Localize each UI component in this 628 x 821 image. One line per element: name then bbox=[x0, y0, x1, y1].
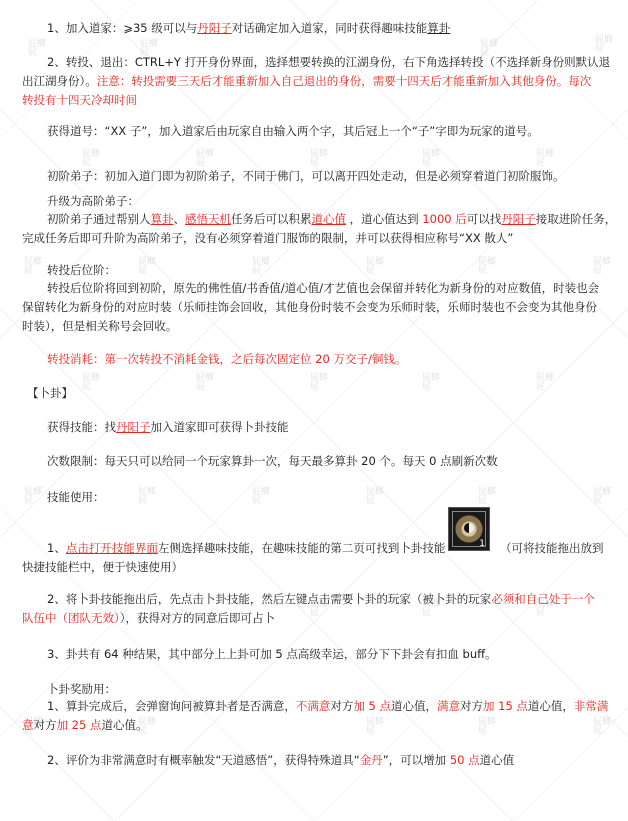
watermark: 屁榔屁 bbox=[536, 374, 558, 392]
chujie-line: 初阶弟子：初加入道门即为初阶弟子，不同于佛门，可以离开四处走动，但是必须穿着道门… bbox=[47, 169, 565, 183]
watermark: 屁榔屁 bbox=[593, 488, 615, 506]
usage-title: 技能使用： bbox=[47, 490, 105, 504]
usage-1-line: 1、点击打开技能界面左侧选择趣味技能，在趣味技能的第二页可找到卜卦技能 bbox=[47, 541, 445, 555]
watermark: 屁榔屁 bbox=[366, 718, 388, 736]
warning-text-2: 转投有十四天冷却时间 bbox=[22, 93, 137, 107]
watermark: 屁榔屁 bbox=[595, 36, 617, 54]
watermark: 屁榔屁 bbox=[478, 718, 500, 736]
transfer-rank-title: 转投后位阶： bbox=[47, 263, 116, 277]
reward-1-line-2: 意对方加 25 点道心值。 bbox=[22, 718, 147, 732]
watermark: 屁榔屁 bbox=[82, 374, 104, 392]
join-line: 1、加入道家：⩾35 级可以与丹阳子对话确定加入道家，同时获得趣味技能算卦 bbox=[47, 21, 450, 35]
watermark: 屁榔屁 bbox=[24, 258, 46, 276]
watermark: 屁榔屁 bbox=[366, 488, 388, 506]
watermark: 屁榔屁 bbox=[310, 374, 332, 392]
upgrade-line-1: 初阶弟子通过帮别人算卦、感悟天机任务后可以积累道心值 ，道心值达到 1000 后… bbox=[47, 212, 616, 226]
watermark: 屁榔屁 bbox=[478, 488, 500, 506]
watermark: 屁榔屁 bbox=[82, 150, 104, 168]
upgrade-line-2: 完成任务后即可升阶为高阶弟子，没有必须穿着道门服饰的限制，并可以获得相应称号“X… bbox=[22, 231, 513, 245]
watermark: 屁榔屁 bbox=[422, 374, 444, 392]
npc-link-danyangzi[interactable]: 丹阳子 bbox=[197, 21, 232, 35]
watermark: 屁榔屁 bbox=[366, 258, 388, 276]
limit-line: 次数限制：每天只可以给同一个玩家算卦一次，每天最多算卦 20 个。每天 0 点刷… bbox=[47, 454, 498, 468]
watermark: 屁榔屁 bbox=[593, 718, 615, 736]
reward-title: 卜卦奖励用： bbox=[47, 682, 116, 696]
transfer-rank-line-3: 时装），但是相关称号会回收。 bbox=[22, 319, 177, 333]
usage-2-line-2: 队伍中（团队无效）），获得对方的同意后即可占卜 bbox=[22, 611, 275, 625]
usage-2-line: 2、将卜卦技能拖出后，先点击卜卦技能，然后左键点击需要卜卦的玩家（被卜卦的玩家必… bbox=[47, 592, 595, 606]
yin-yang-icon bbox=[464, 523, 474, 533]
watermark: 屁榔屁 bbox=[536, 150, 558, 168]
warning-text: 注意：转投需要三天后才能重新加入自己退出的身份，需要十四天后才能重新加入其他身份… bbox=[97, 74, 592, 88]
watermark: 屁榔屁 bbox=[196, 374, 218, 392]
npc-link-danyangzi[interactable]: 丹阳子 bbox=[116, 420, 151, 434]
link-suangua[interactable]: 算卦 bbox=[151, 212, 174, 226]
usage-1-line-2: 快捷技能栏中，便于快速使用） bbox=[22, 560, 183, 574]
transfer-exit-line-2: 出江湖身份）。注意：转投需要三天后才能重新加入自己退出的身份，需要十四天后才能重… bbox=[22, 74, 591, 88]
transfer-cost-line: 转投消耗：第一次转投不消耗金钱，之后每次固定位 20 万交子/铜钱。 bbox=[47, 352, 406, 366]
watermark: 屁榔屁 bbox=[593, 258, 615, 276]
watermark: 屁榔屁 bbox=[252, 258, 274, 276]
open-skill-panel-link[interactable]: 点击打开技能界面 bbox=[66, 541, 158, 555]
usage-1-after-icon: （可将技能拖出放到 bbox=[500, 541, 604, 555]
skill-link-suangua[interactable]: 算卦 bbox=[427, 21, 450, 35]
watermark: 屁榔屁 bbox=[196, 150, 218, 168]
watermark: 屁榔屁 bbox=[138, 258, 160, 276]
watermark: 屁榔屁 bbox=[138, 488, 160, 506]
divination-heading: 【卜卦】 bbox=[27, 386, 73, 400]
divination-skill-icon[interactable]: 1 bbox=[448, 507, 490, 551]
upgrade-title: 升级为高阶弟子： bbox=[47, 194, 139, 208]
watermark: 屁榔屁 bbox=[422, 150, 444, 168]
transfer-rank-line-1: 转投后位阶将回到初阶，原先的佛性值/书香值/道心值/才艺值也会保留并转化为新身份… bbox=[47, 281, 599, 295]
reward-2-line: 2、评价为非常满意时有概率触发“天道感悟”，获得特殊道具“金丹”，可以增加 50… bbox=[47, 753, 514, 767]
watermark: 屁榔屁 bbox=[24, 488, 46, 506]
watermark: 屁榔屁 bbox=[252, 488, 274, 506]
daohao-line: 获得道号：“XX 子”，加入道家后由玩家自由输入两个字，其后冠上一个“子”字即为… bbox=[47, 124, 539, 138]
link-ganwu-tianji[interactable]: 感悟天机 bbox=[185, 212, 231, 226]
usage-3-line: 3、卦共有 64 种结果，其中部分上上卦可加 5 点高级幸运，部分下下卦会有扣血… bbox=[47, 647, 497, 661]
get-skill-line: 获得技能：找丹阳子加入道家即可获得卜卦技能 bbox=[47, 420, 289, 434]
link-daoxinzhi[interactable]: 道心值 bbox=[312, 212, 347, 226]
watermark: 屁榔屁 bbox=[478, 258, 500, 276]
watermark: 屁榔屁 bbox=[310, 150, 332, 168]
reward-1-line: 1、算卦完成后，会弹窗询问被算卦者是否满意，不满意对方加 5 点道心值，满意对方… bbox=[47, 699, 608, 713]
transfer-rank-line-2: 保留转化为新身份的对应时装（乐师挂饰会回收，其他身份时装不会变为乐师时装，乐师时… bbox=[22, 300, 597, 314]
npc-link-danyangzi[interactable]: 丹阳子 bbox=[501, 212, 536, 226]
transfer-exit-line: 2、转投、退出：CTRL+Y 打开身份界面，选择想要转换的江湖身份，右下角选择转… bbox=[47, 55, 610, 69]
